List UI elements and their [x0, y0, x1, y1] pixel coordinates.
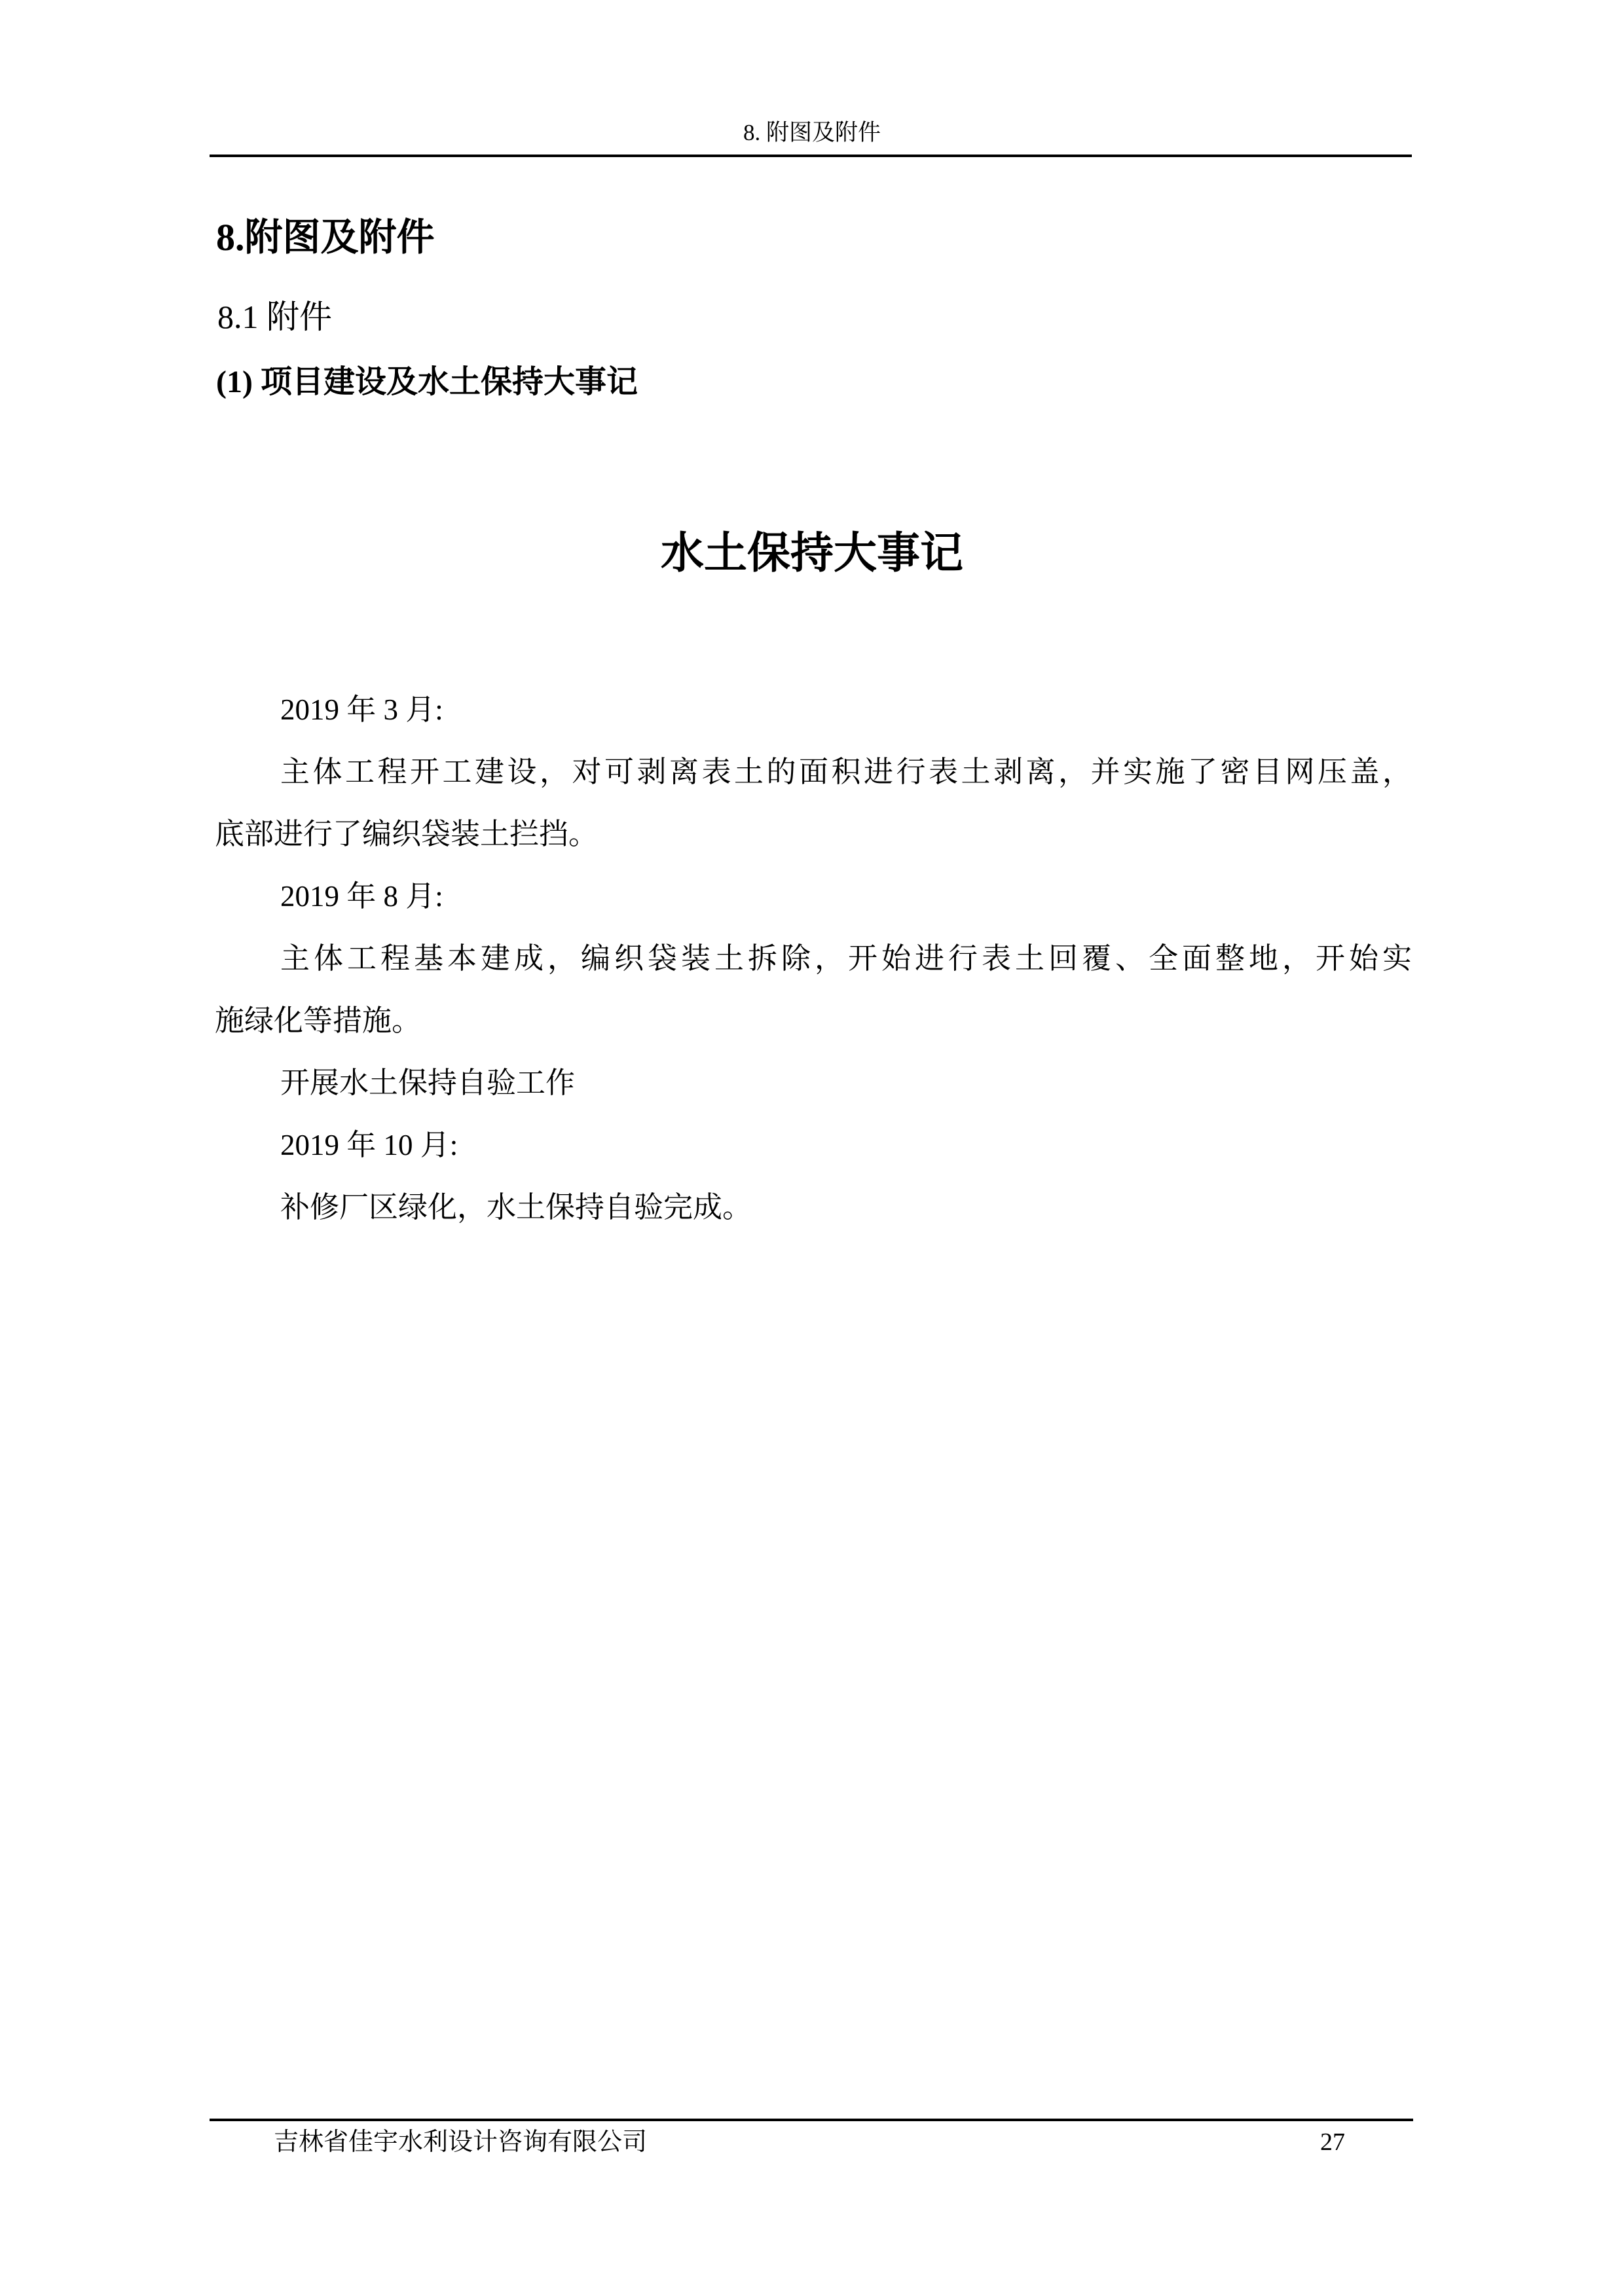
body-line: 补修厂区绿化，水土保持自验完成。 — [215, 1176, 1412, 1239]
body-paragraph-lines: 2019 年 3 月:主体工程开工建设，对可剥离表土的面积进行表土剥离，并实施了… — [215, 679, 1412, 1239]
document-page: 8. 附图及附件 8.附图及附件 8.1 附件 (1) 项目建设及水土保持大事记… — [0, 0, 1624, 2296]
footer-rule — [210, 2119, 1413, 2121]
item-heading: (1) 项目建设及水土保持大事记 — [216, 364, 638, 400]
body-line: 2019 年 10 月: — [215, 1114, 1412, 1176]
body-line: 开展水土保持自验工作 — [215, 1052, 1412, 1114]
section-heading: 8.1 附件 — [217, 299, 332, 337]
footer-company: 吉林省佳宇水利设计咨询有限公司 — [274, 2128, 647, 2158]
body-line: 主体工程基本建成，编织袋装土拆除，开始进行表土回覆、全面整地，开始实 — [215, 928, 1412, 990]
header-rule — [210, 155, 1412, 157]
body-line: 2019 年 8 月: — [215, 866, 1412, 928]
running-header: 8. 附图及附件 — [0, 119, 1624, 147]
attachment-title: 水土保持大事记 — [0, 530, 1624, 578]
body-line: 底部进行了编织袋装土拦挡。 — [215, 803, 1412, 866]
page-number: 27 — [1320, 2128, 1345, 2158]
body-line: 2019 年 3 月: — [215, 679, 1412, 741]
body-line: 施绿化等措施。 — [215, 990, 1412, 1052]
chapter-heading: 8.附图及附件 — [216, 216, 435, 260]
body-line: 主体工程开工建设，对可剥离表土的面积进行表土剥离，并实施了密目网压盖， — [215, 741, 1412, 803]
